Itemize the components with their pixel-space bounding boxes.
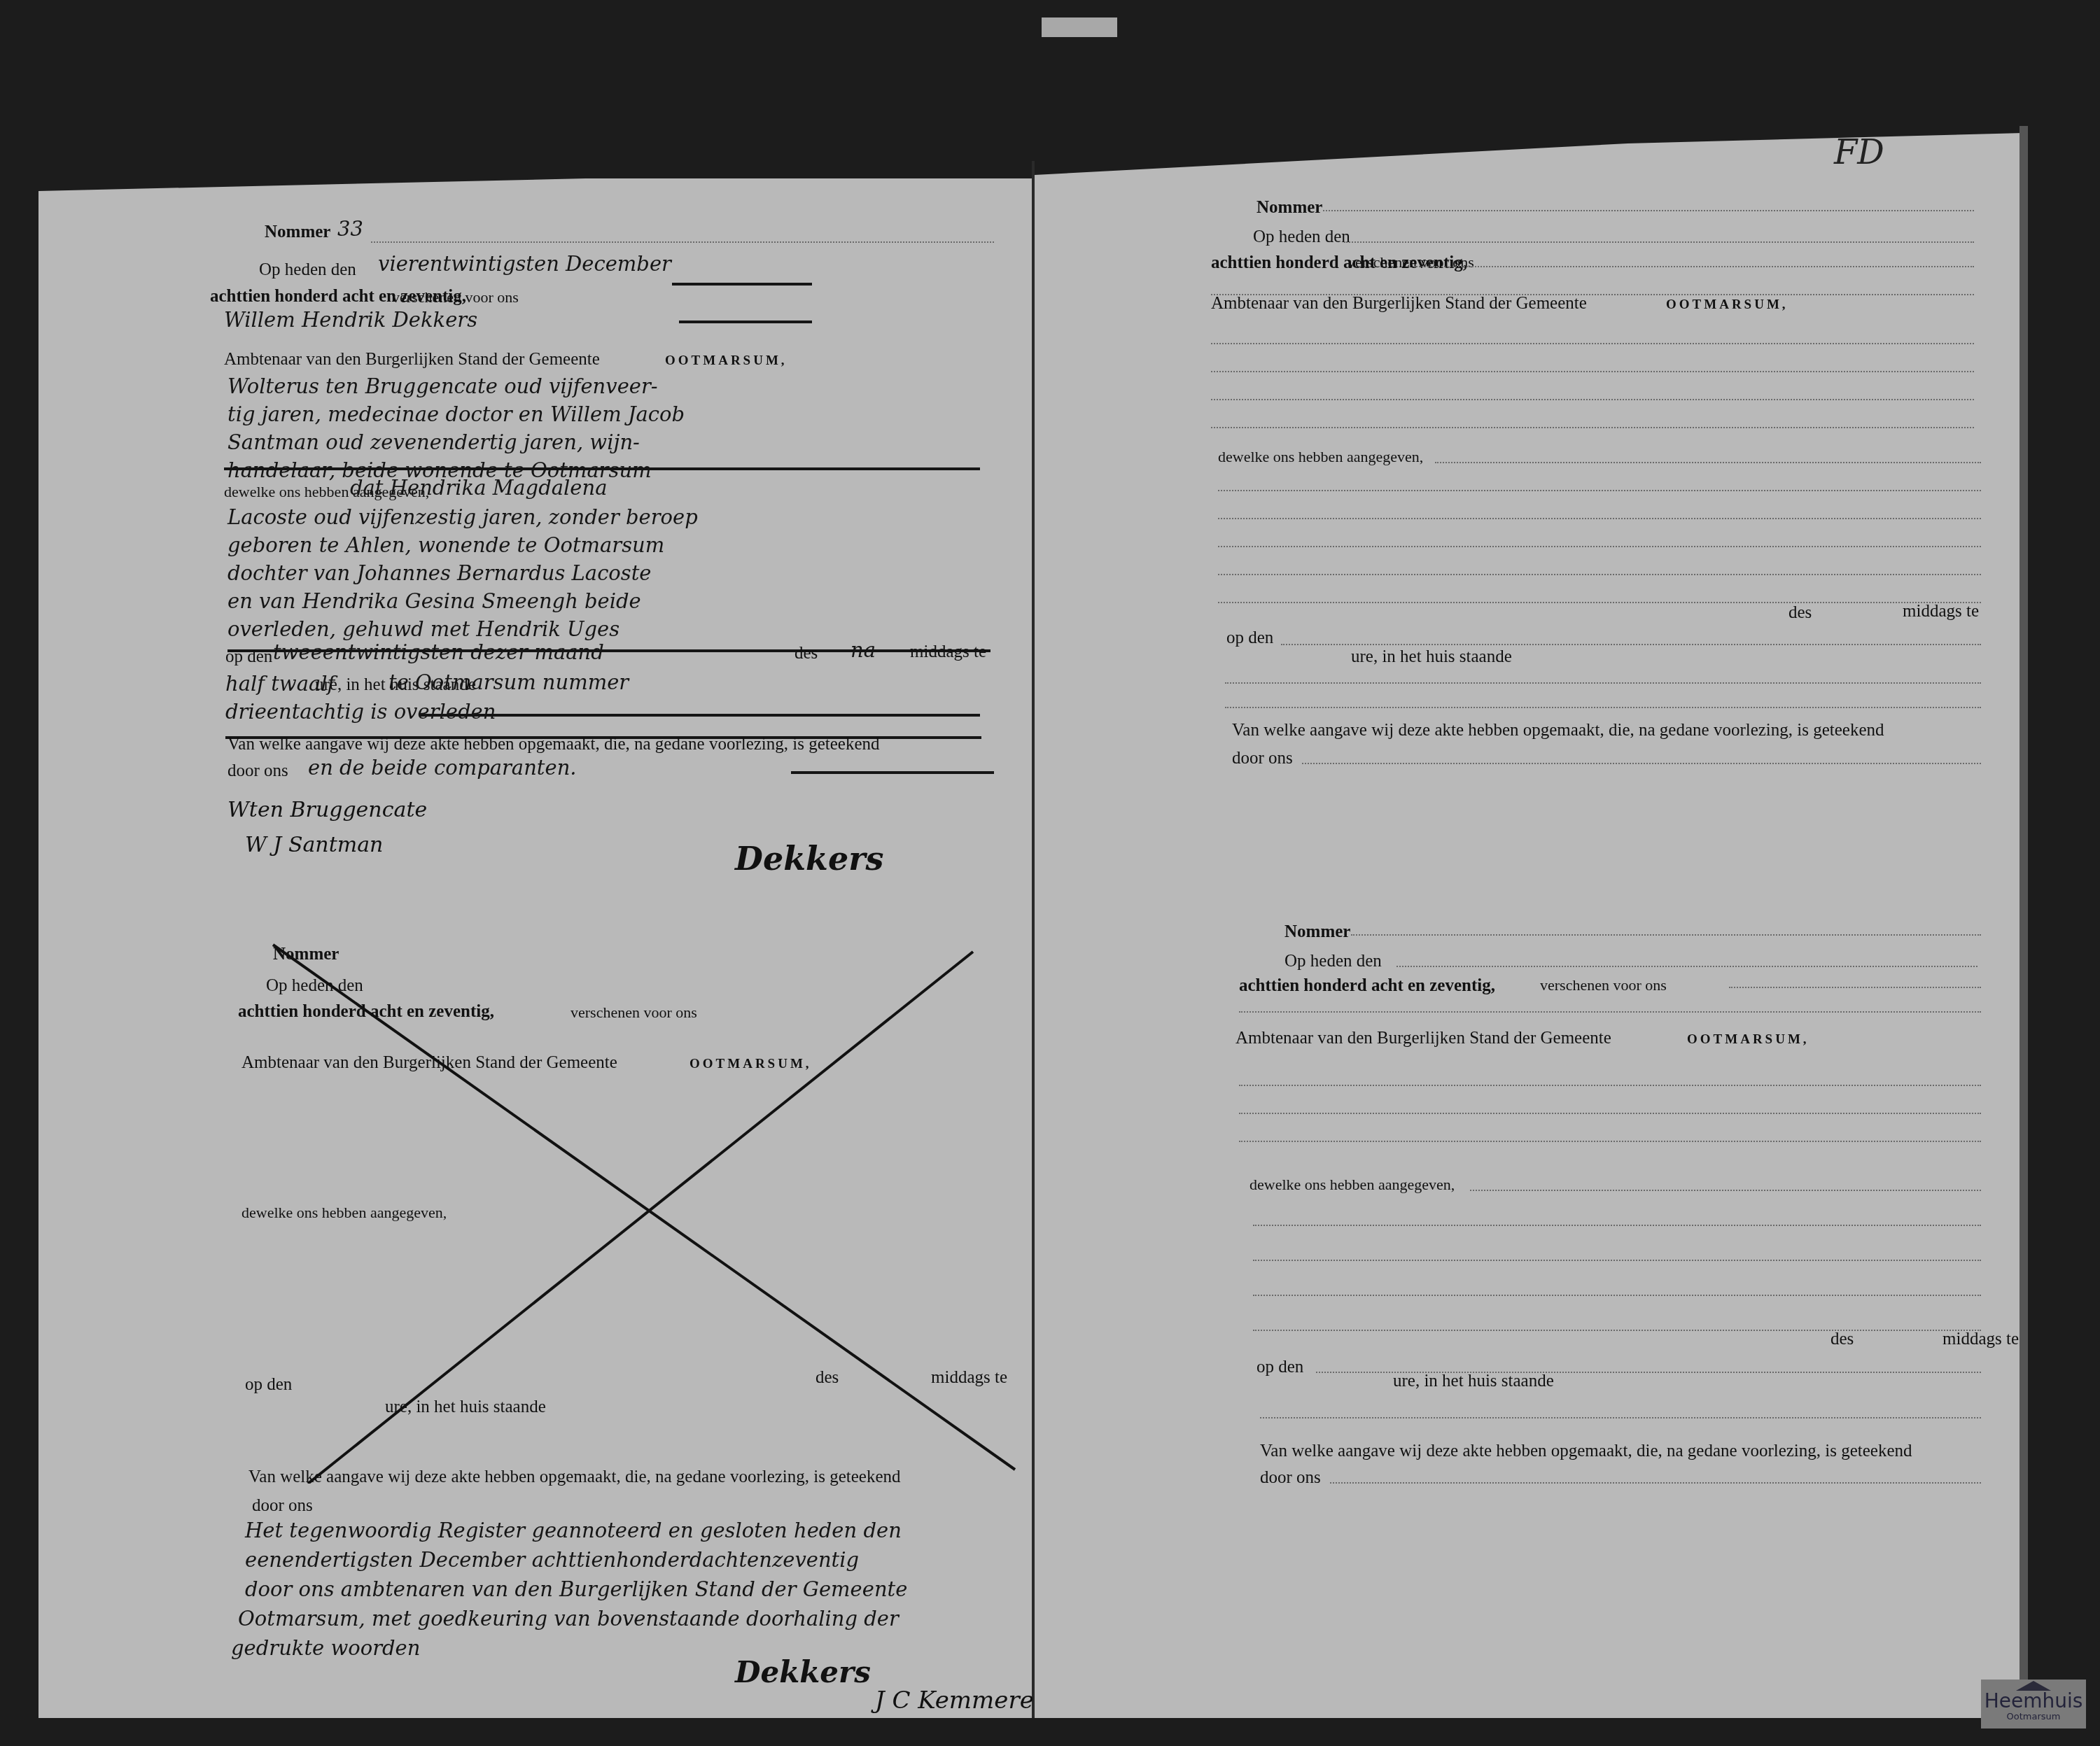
signature-kemmerer: J C Kemmerer (875, 1687, 1045, 1715)
dotted-line (1435, 462, 1981, 463)
closing-line-5: gedrukte woorden (231, 1636, 420, 1660)
watermark-sub: Ootmarsum (1981, 1712, 2086, 1722)
op-heden-label: Op heden den (1284, 952, 1382, 971)
ure-label: ure, in het huis staande (1393, 1372, 1554, 1391)
ambtenaar-label: Ambtenaar van den Burgerlijken Stand der… (224, 350, 600, 369)
dotted-line (1218, 602, 1981, 603)
op-den-label: op den (1256, 1358, 1303, 1377)
dotted-line (1218, 574, 1981, 575)
rule (420, 714, 980, 717)
watermark-name: Heemhuis (1981, 1691, 2086, 1712)
dotted-line (1211, 427, 1974, 428)
closing-line-3: door ons ambtenaren van den Burgerlijken… (245, 1577, 907, 1601)
house-handwritten: te Ootmarsum nummer (388, 670, 629, 694)
des-label: des (1788, 603, 1812, 623)
dewelke-label: dewelke ons hebben aangegeven, (1249, 1176, 1455, 1194)
witness-line-3: Santman oud zevenendertig jaren, wijn- (227, 430, 640, 454)
des-label: des (1830, 1330, 1854, 1349)
van-welke-text: Van welke aangave wij deze akte hebben o… (1232, 721, 1884, 740)
door-ons-label: door ons (252, 1496, 313, 1516)
scanner-tab-marker (1042, 17, 1117, 37)
declaration-line-1: dat Hendrika Magdalena (350, 476, 607, 500)
dotted-line (1239, 1085, 1981, 1086)
signature-dekkers-closing: Dekkers (735, 1655, 871, 1689)
dotted-line (1414, 266, 1974, 267)
dotted-line (1253, 1260, 1981, 1261)
door-ons-handwritten: en de beide comparanten. (308, 756, 577, 780)
dotted-line (1302, 763, 1981, 764)
witness-line-1: Wolterus ten Bruggencate oud vijfenveer- (227, 374, 658, 398)
van-welke-text: Van welke aangave wij deze akte hebben o… (227, 735, 880, 754)
declaration-line-3: geboren te Ahlen, wonende te Ootmarsum (227, 533, 664, 557)
dotted-line (1253, 1295, 1981, 1296)
dotted-line (1239, 1113, 1981, 1114)
dotted-line (1225, 707, 1981, 708)
dotted-line (1253, 1225, 1981, 1226)
declaration-line-6: overleden, gehuwd met Hendrik Uges (227, 617, 619, 641)
dotted-line (1470, 1190, 1981, 1191)
middags-label: middags te (1903, 602, 1979, 621)
dotted-line (1211, 399, 1974, 400)
official-handwritten: Willem Hendrik Dekkers (224, 308, 477, 332)
door-ons-label: door ons (1232, 749, 1293, 768)
dotted-line (1239, 1141, 1981, 1142)
middags-label: middags te (1942, 1330, 2019, 1349)
cross-out-mark (266, 938, 1036, 1484)
corner-mark: FD (1834, 133, 1884, 172)
dotted-line (1211, 343, 1974, 344)
dotted-line (1260, 1417, 1981, 1418)
closing-line-2: eenendertigsten December achttienhonderd… (245, 1548, 859, 1572)
signature-bruggencate: Wten Bruggencate (227, 798, 427, 822)
declaration-line-4: dochter van Johannes Bernardus Lacoste (227, 561, 652, 585)
dewelke-label: dewelke ons hebben aangegeven, (1218, 448, 1423, 466)
op-den-label: op den (1226, 628, 1273, 648)
dotted-line (1218, 546, 1981, 547)
verschenen-label: verschenen voor ons (1540, 976, 1667, 994)
nommer-label: Nommer (1284, 922, 1350, 942)
dotted-line (1351, 934, 1981, 936)
gemeente-name: OOTMARSUM, (1687, 1032, 1809, 1048)
date-handwritten: vierentwintigsten December (378, 252, 671, 276)
rule (679, 321, 812, 323)
house-handwritten-2: drieentachtig is overleden (225, 700, 496, 724)
witness-line-2: tig jaren, medecinae doctor en Willem Ja… (227, 402, 685, 426)
declaration-line-2: Lacoste oud vijfenzestig jaren, zonder b… (227, 505, 698, 529)
declaration-line-5: en van Hendrika Gesina Smeengh beide (227, 589, 641, 613)
des-handwritten: na (850, 638, 876, 662)
ambtenaar-label: Ambtenaar van den Burgerlijken Stand der… (1235, 1029, 1611, 1048)
ure-label: ure, in het huis staande (1351, 647, 1512, 667)
nommer-label: Nommer (1256, 198, 1322, 218)
gemeente-name: OOTMARSUM, (1666, 297, 1788, 313)
op-den-label: op den (225, 647, 272, 667)
verschenen-label: verschenen voor ons (1347, 253, 1474, 272)
middags-label: middags te (910, 642, 986, 662)
dotted-line (1211, 371, 1974, 372)
dotted-line (1323, 210, 1974, 211)
signature-dekkers: Dekkers (735, 840, 883, 878)
dotted-line (1330, 1482, 1981, 1484)
year-printed: achttien honderd acht en zeventig, (1239, 976, 1495, 996)
ambtenaar-label: Ambtenaar van den Burgerlijken Stand der… (1211, 294, 1587, 314)
dotted-line (1239, 1011, 1981, 1013)
verschenen-label: verschenen voor ons (392, 288, 519, 307)
dotted-line (1253, 1330, 1981, 1331)
door-ons-label: door ons (227, 761, 288, 781)
van-welke-text: Van welke aangave wij deze akte hebben o… (1260, 1442, 1912, 1461)
dotted-line (371, 241, 994, 243)
door-ons-label: door ons (1260, 1468, 1321, 1488)
op-heden-label: Op heden den (259, 260, 356, 280)
rule (672, 283, 812, 286)
nommer-label: Nommer (265, 223, 330, 242)
signature-santman: W J Santman (245, 833, 383, 857)
op-heden-label: Op heden den (1253, 227, 1350, 247)
gemeente-name: OOTMARSUM, (665, 353, 787, 369)
rule (791, 771, 994, 774)
rule (224, 467, 980, 470)
nommer-value: 33 (337, 217, 363, 241)
dotted-line (1396, 966, 1977, 967)
closing-line-4: Ootmarsum, met goedkeuring van bovenstaa… (238, 1607, 899, 1631)
dotted-line (1344, 241, 1974, 243)
dotted-line (1225, 682, 1981, 684)
dotted-line (1218, 518, 1981, 519)
closing-line-1: Het tegenwoordig Register geannoteerd en… (245, 1519, 902, 1542)
dotted-line (1729, 987, 1981, 988)
heemhuis-watermark: Heemhuis Ootmarsum (1981, 1680, 2086, 1729)
page-edge (2019, 126, 2028, 1722)
des-label: des (794, 644, 818, 663)
dotted-line (1218, 490, 1981, 491)
dotted-line (1281, 644, 1981, 645)
death-date-handwritten: tweeentwintigsten dezer maand (273, 640, 604, 664)
